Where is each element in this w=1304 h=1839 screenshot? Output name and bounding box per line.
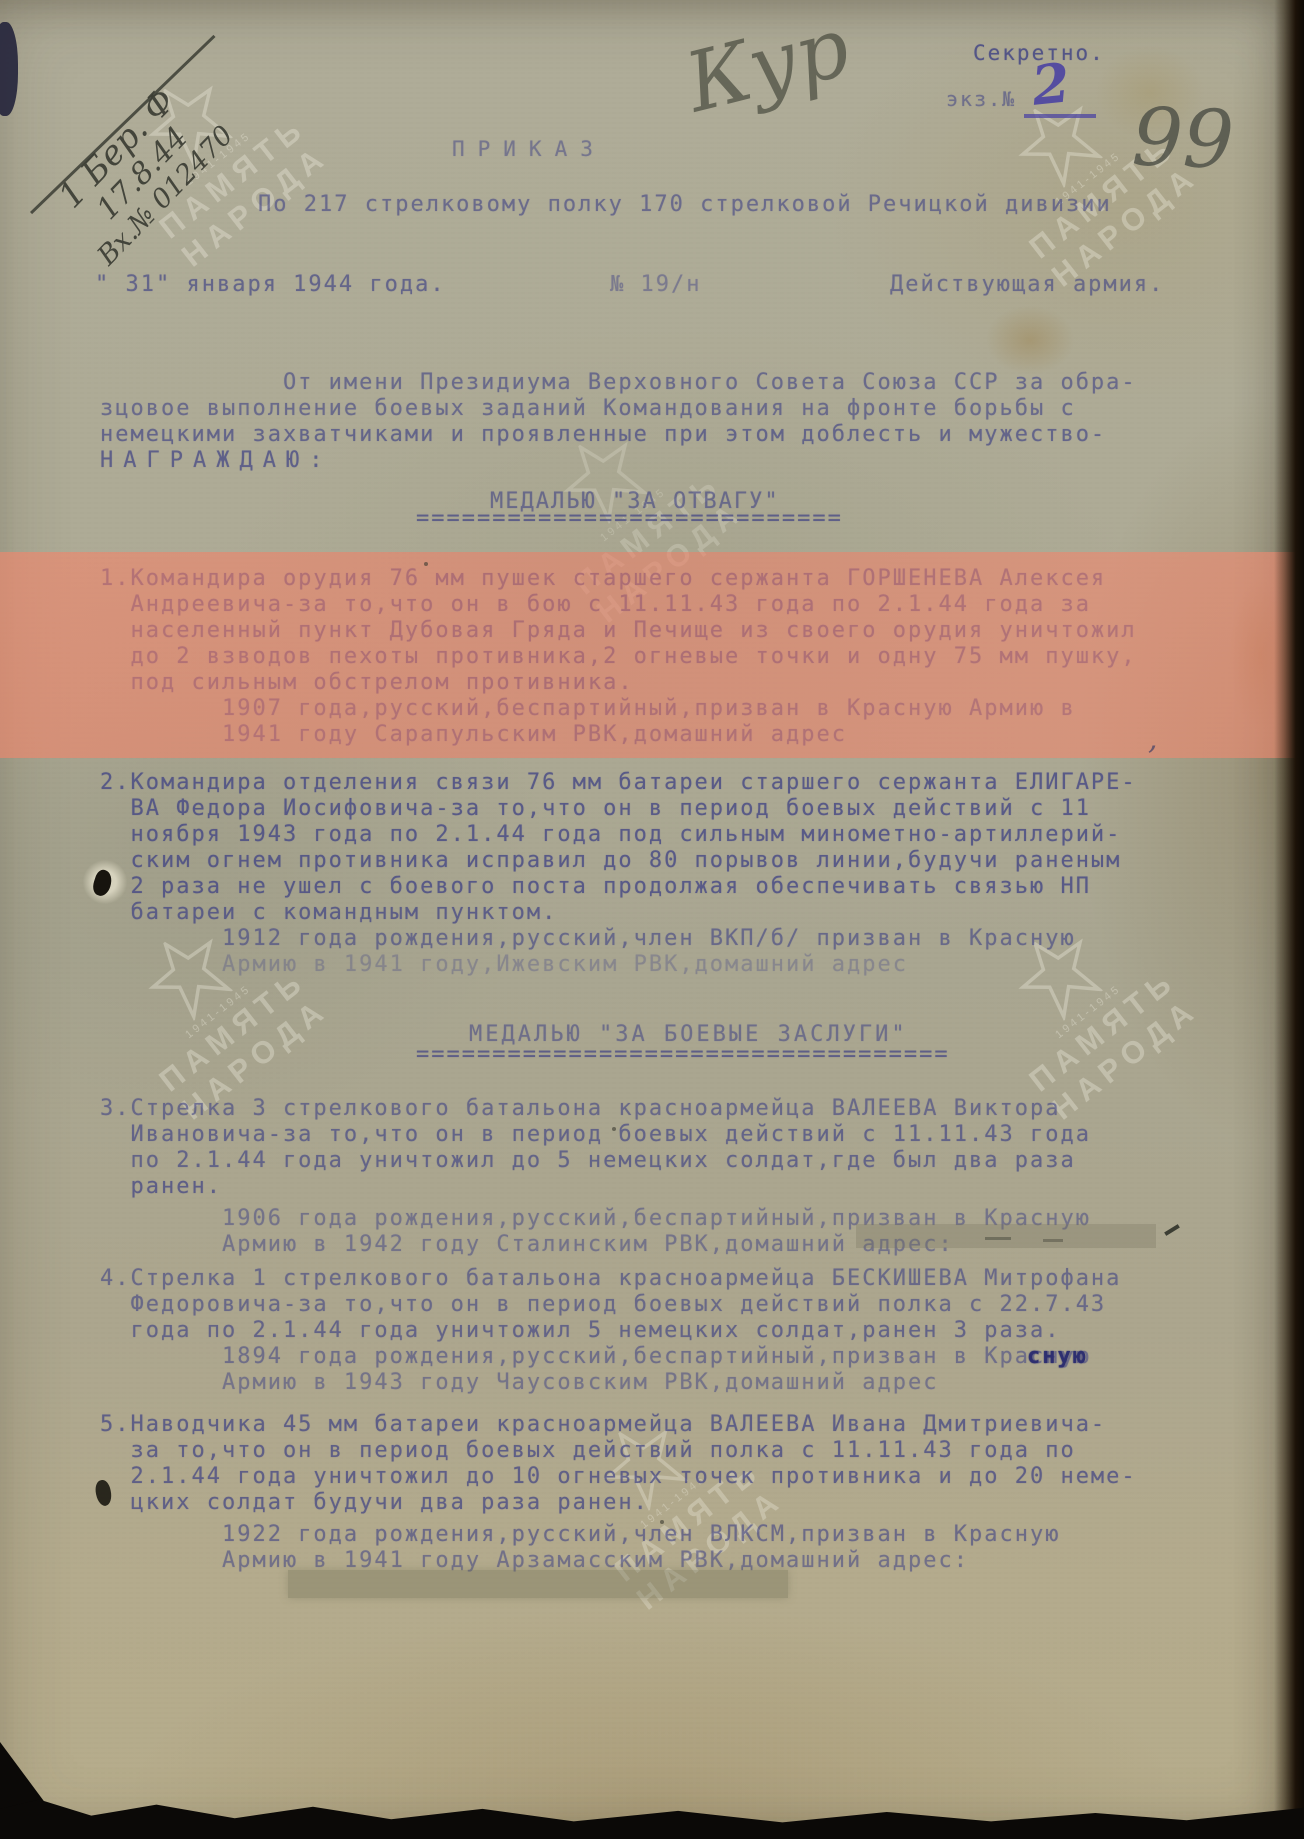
- preamble: От имени Президиума Верховного Совета Со…: [100, 370, 1137, 474]
- item-line: ВА Федора Иосифовича-за то,что он в пери…: [100, 796, 1137, 822]
- copy-number-label: экз.№: [946, 86, 1016, 112]
- preamble-line: немецкими захватчиками и проявленные при…: [100, 422, 1137, 448]
- item-line: цких солдат будучи два раза ранен.: [100, 1490, 1137, 1516]
- highlight-band: [0, 552, 1304, 758]
- item-line: 3.Стрелка 3 стрелкового батальона красно…: [100, 1096, 1091, 1122]
- item-line: 2 раза не ушел с боевого поста продолжая…: [100, 874, 1137, 900]
- overtyped-text: сную: [1027, 1344, 1088, 1370]
- document-page: 1941-1945 ПАМЯТЬ НАРОДА 1941-1945 ПАМЯТЬ…: [0, 0, 1304, 1839]
- award-item-5-personal: 1922 года рождения,русский,член ВЛКСМ,пр…: [100, 1522, 1060, 1574]
- item-line: Федоровича-за то,что он в период боевых …: [100, 1292, 1121, 1318]
- order-title: ПРИКАЗ: [452, 136, 606, 162]
- item-line: 4.Стрелка 1 стрелкового батальона красно…: [100, 1266, 1121, 1292]
- item-line: Ивановича-за то,что он в период боевых д…: [100, 1122, 1091, 1148]
- order-subtitle: По 217 стрелковому полку 170 стрелковой …: [258, 192, 1112, 218]
- award-item-4: 4.Стрелка 1 стрелкового батальона красно…: [100, 1266, 1121, 1396]
- personal-info-line: 1912 года рождения,русский,член ВКП/б/ п…: [100, 926, 1137, 952]
- pen-dash: [985, 1237, 1011, 1240]
- copy-number-underline: [1024, 114, 1096, 118]
- item-line: ноября 1943 года по 2.1.44 года под силь…: [100, 822, 1137, 848]
- personal-info-line: 1922 года рождения,русский,член ВЛКСМ,пр…: [100, 1522, 1060, 1548]
- item-line: 2.Командира отделения связи 76 мм батаре…: [100, 770, 1137, 796]
- redaction-patch: [856, 1224, 1156, 1248]
- order-location: Действующая армия.: [890, 272, 1164, 298]
- item-line: года по 2.1.44 года уничтожил 5 немецких…: [100, 1318, 1121, 1344]
- item-line: ским огнем противника исправил до 80 пор…: [100, 848, 1137, 874]
- handwritten-copy-number: 2: [1029, 50, 1073, 118]
- award-item-3: 3.Стрелка 3 стрелкового батальона красно…: [100, 1096, 1091, 1200]
- pen-mark: ,: [1148, 722, 1158, 757]
- award-declaration: НАГРАЖДАЮ:: [100, 448, 1137, 474]
- item-line: по 2.1.44 года уничтожил до 5 немецких с…: [100, 1148, 1091, 1174]
- item-line: батареи с командным пунктом.: [100, 900, 1137, 926]
- preamble-line: От имени Президиума Верховного Совета Со…: [100, 370, 1137, 396]
- order-date: " 31" января 1944 года.: [95, 272, 446, 298]
- redaction-patch: [288, 1570, 788, 1598]
- pen-dash: [1043, 1239, 1063, 1242]
- item-line: 2.1.44 года уничтожил до 10 огневых точе…: [100, 1464, 1137, 1490]
- award-item-5: 5.Наводчика 45 мм батареи красноармейца …: [100, 1412, 1137, 1516]
- handwritten-page-number: 99: [1130, 90, 1235, 186]
- heading-underline: ===================================: [416, 1042, 950, 1068]
- personal-info-line: 1894 года рождения,русский,беспартийный,…: [100, 1344, 1121, 1370]
- item-line: 5.Наводчика 45 мм батареи красноармейца …: [100, 1412, 1137, 1438]
- preamble-line: зцовое выполнение боевых заданий Командо…: [100, 396, 1137, 422]
- paper-stain: [985, 305, 1075, 375]
- paper-right-edge: [1274, 0, 1304, 1839]
- personal-info-line: Армию в 1943 году Чаусовским РВК,домашни…: [100, 1370, 1121, 1396]
- award-item-2: 2.Командира отделения связи 76 мм батаре…: [100, 770, 1137, 978]
- item-line: ранен.: [100, 1174, 1091, 1200]
- heading-underline: ============================: [416, 506, 843, 532]
- item-line: за то,что он в период боевых действий по…: [100, 1438, 1137, 1464]
- personal-info-line: Армию в 1941 году,Ижевским РВК,домашний …: [100, 952, 1137, 978]
- order-number: № 19/н: [610, 272, 701, 298]
